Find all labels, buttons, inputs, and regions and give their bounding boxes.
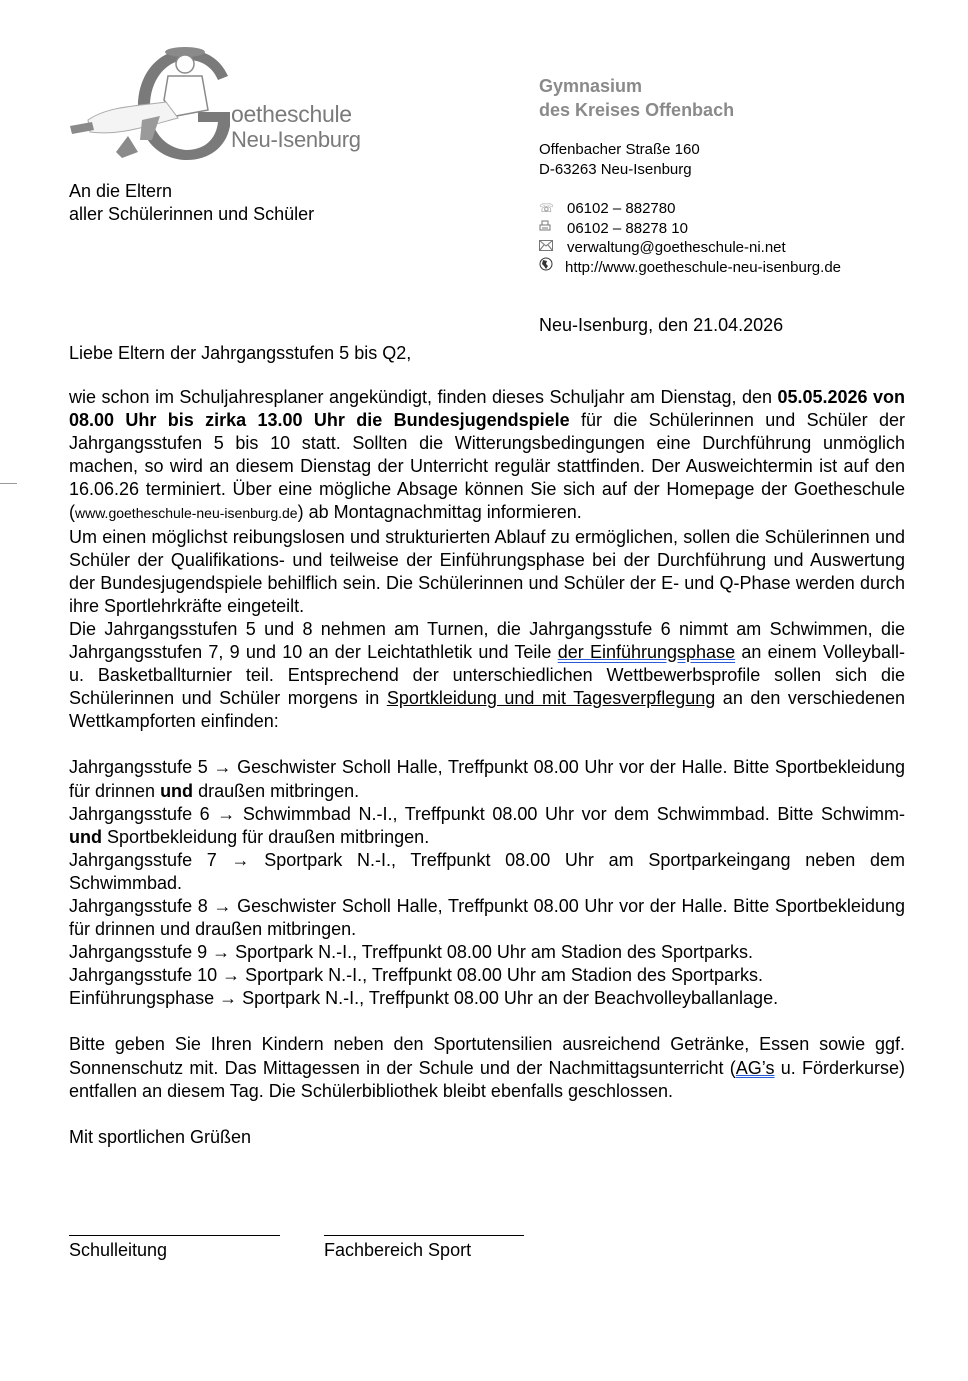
homepage-link[interactable]: www.goetheschule-neu-isenburg.de bbox=[75, 505, 298, 521]
text: Jahrgangsstufe 8 → Geschwister Scholl Ha… bbox=[69, 896, 905, 939]
contact-fax: 06102 – 88278 10 bbox=[539, 219, 841, 239]
text: Jahrgangsstufe 7 → Sportpark N.-I., Tref… bbox=[69, 850, 905, 893]
letter-body: wie schon im Schuljahresplaner angekündi… bbox=[69, 386, 905, 1149]
logo-city: Neu-Isenburg bbox=[231, 127, 361, 153]
location-item: Jahrgangsstufe 8 → Geschwister Scholl Ha… bbox=[69, 895, 905, 941]
location-item: Jahrgangsstufe 6 → Schwimmbad N.-I., Tre… bbox=[69, 803, 905, 849]
logo-name: oetheschule bbox=[231, 101, 352, 127]
contact-phone: ☏ 06102 – 882780 bbox=[539, 199, 841, 219]
fax-number: 06102 – 88278 10 bbox=[567, 219, 688, 239]
text: Jahrgangsstufe 10 → Sportpark N.-I., Tre… bbox=[69, 965, 763, 985]
emphasis: und bbox=[69, 827, 102, 847]
globe-icon bbox=[539, 257, 565, 278]
text: Einführungsphase → Sportpark N.-I., Tref… bbox=[69, 988, 778, 1008]
recipient-block: An die Eltern aller Schülerinnen und Sch… bbox=[69, 180, 314, 226]
location-item: Jahrgangsstufe 9 → Sportpark N.-I., Tref… bbox=[69, 941, 905, 964]
fold-mark bbox=[0, 483, 17, 484]
closing: Mit sportlichen Grüßen bbox=[69, 1126, 905, 1149]
paragraph-provisions: Bitte geben Sie Ihren Kindern neben den … bbox=[69, 1033, 905, 1102]
date-line: Neu-Isenburg, den 21.04.2026 bbox=[539, 314, 783, 337]
signature-line-left bbox=[69, 1235, 280, 1236]
paragraph-announcement: wie schon im Schuljahresplaner angekündi… bbox=[69, 386, 905, 526]
location-item: Jahrgangsstufe 5 → Geschwister Scholl Ha… bbox=[69, 756, 905, 802]
paragraph-helpers: Um einen möglichst reibungslosen und str… bbox=[69, 526, 905, 618]
signature-sports-department: Fachbereich Sport bbox=[324, 1239, 471, 1261]
signature-school-management: Schulleitung bbox=[69, 1239, 167, 1261]
underlined-requirement: Sportkleidung und mit Tagesverpflegung bbox=[387, 688, 715, 708]
school-district: des Kreises Offenbach bbox=[539, 98, 734, 122]
phone-number: 06102 – 882780 bbox=[567, 199, 675, 219]
location-item: Jahrgangsstufe 7 → Sportpark N.-I., Tref… bbox=[69, 849, 905, 895]
school-name: Gymnasium des Kreises Offenbach bbox=[539, 74, 734, 122]
fax-icon bbox=[539, 219, 567, 239]
text: draußen mitbringen. bbox=[193, 781, 359, 801]
text: ) ab Montagnachmittag informieren. bbox=[298, 502, 582, 522]
signature-line-right bbox=[324, 1235, 524, 1236]
salutation: Liebe Eltern der Jahrgangsstufen 5 bis Q… bbox=[69, 342, 411, 365]
contact-list: ☏ 06102 – 882780 06102 – 88278 10 verwal… bbox=[539, 199, 841, 277]
school-address: Offenbacher Straße 160 D-63263 Neu-Isenb… bbox=[539, 140, 700, 180]
street: Offenbacher Straße 160 bbox=[539, 140, 700, 160]
website-url[interactable]: http://www.goetheschule-neu-isenburg.de bbox=[565, 258, 841, 278]
location-item: Einführungsphase → Sportpark N.-I., Tref… bbox=[69, 987, 905, 1010]
school-type: Gymnasium bbox=[539, 74, 734, 98]
location-list: Jahrgangsstufe 5 → Geschwister Scholl Ha… bbox=[69, 756, 905, 1010]
emphasis: und bbox=[160, 781, 193, 801]
contact-email: verwaltung@goetheschule-ni.net bbox=[539, 238, 841, 258]
email-address[interactable]: verwaltung@goetheschule-ni.net bbox=[567, 238, 786, 258]
recipient-line-2: aller Schülerinnen und Schüler bbox=[69, 203, 314, 226]
recipient-line-1: An die Eltern bbox=[69, 180, 314, 203]
contact-website: http://www.goetheschule-neu-isenburg.de bbox=[539, 258, 841, 278]
text: Jahrgangsstufe 9 → Sportpark N.-I., Tref… bbox=[69, 942, 753, 962]
location-item: Jahrgangsstufe 10 → Sportpark N.-I., Tre… bbox=[69, 964, 905, 987]
text: wie schon im Schuljahresplaner angekündi… bbox=[69, 387, 777, 407]
spelling-flag[interactable]: AG’s bbox=[736, 1058, 775, 1078]
phone-icon: ☏ bbox=[539, 199, 567, 219]
grammar-flag[interactable]: der Einführungsphase bbox=[558, 642, 735, 662]
city: D-63263 Neu-Isenburg bbox=[539, 160, 700, 180]
paragraph-disciplines: Die Jahrgangsstufen 5 und 8 nehmen am Tu… bbox=[69, 618, 905, 733]
envelope-icon bbox=[539, 238, 567, 258]
text: Jahrgangsstufe 6 → Schwimmbad N.-I., Tre… bbox=[69, 804, 905, 824]
school-logo: oetheschule Neu-Isenburg bbox=[68, 40, 368, 165]
text: Sportbekleidung für draußen mitbringen. bbox=[102, 827, 429, 847]
